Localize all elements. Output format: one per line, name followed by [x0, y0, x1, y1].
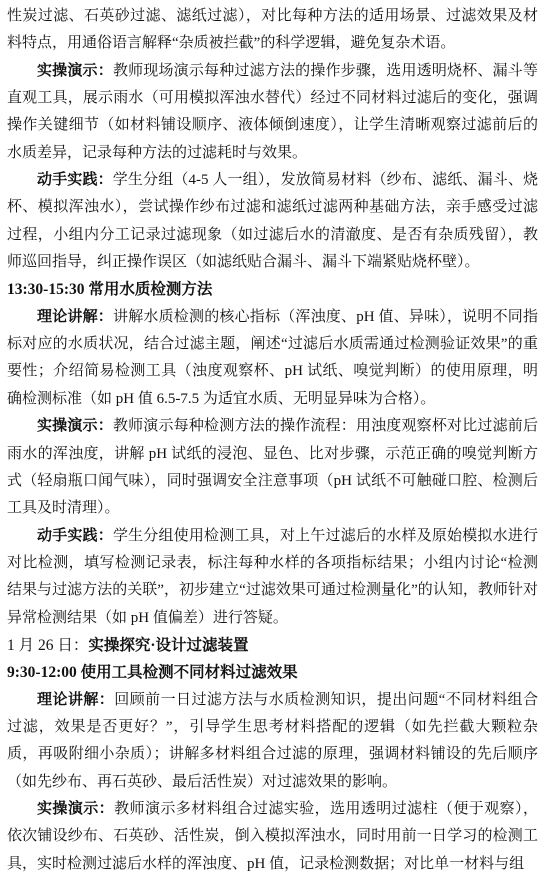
paragraph-demo-filtering: 实操演示：教师现场演示每种过滤方法的操作步骤，选用透明烧杯、漏斗等直观工具，展示… — [7, 58, 538, 167]
time-section-heading-material-testing: 9:30-12:00 使用工具检测不同材料过滤效果 — [7, 659, 538, 686]
date-heading-jan-26: 1 月 26 日：实操探究·设计过滤装置 — [7, 632, 538, 659]
lesson-plan-document: 性炭过滤、石英砂过滤、滤纸过滤），对比每种方法的适用场景、过滤效果及材料特点，用… — [0, 0, 545, 875]
paragraph-lead: 动手实践： — [37, 172, 113, 188]
paragraph-text: 性炭过滤、石英砂过滤、滤纸过滤），对比每种方法的适用场景、过滤效果及材料特点，用… — [7, 8, 538, 51]
paragraph-demo-combination: 实操演示：教师演示多材料组合过滤实验，选用透明过滤柱（便于观察），依次铺设纱布、… — [7, 796, 538, 875]
paragraph-lead: 实操演示： — [37, 418, 113, 434]
paragraph-demo-testing: 实操演示：教师演示每种检测方法的操作流程：用浊度观察杯对比过滤前后雨水的浑浊度，… — [7, 413, 538, 522]
paragraph-lead: 动手实践： — [37, 528, 113, 544]
paragraph-lead: 实操演示： — [37, 63, 113, 79]
paragraph-practice-testing: 动手实践：学生分组使用检测工具，对上午过滤后的水样及原始模拟水进行对比检测，填写… — [7, 523, 538, 632]
time-section-heading-water-testing: 13:30-15:30 常用水质检测方法 — [7, 276, 538, 303]
paragraph-theory-testing: 理论讲解：讲解水质检测的核心指标（浑浊度、pH 值、异味），说明不同指标对应的水… — [7, 304, 538, 413]
date-heading-title: 实操探究·设计过滤装置 — [88, 637, 248, 654]
paragraph-practice-filtering: 动手实践：学生分组（4-5 人一组），发放简易材料（纱布、滤纸、漏斗、烧杯、模拟… — [7, 167, 538, 276]
paragraph-theory-combination: 理论讲解：回顾前一日过滤方法与水质检测知识，提出问题“不同材料组合过滤，效果是否… — [7, 687, 538, 796]
paragraph-lead: 实操演示： — [37, 801, 114, 817]
date-heading-prefix: 1 月 26 日： — [7, 637, 88, 654]
paragraph-lead: 理论讲解： — [37, 692, 114, 708]
paragraph-lead: 理论讲解： — [37, 309, 113, 325]
paragraph-continuation: 性炭过滤、石英砂过滤、滤纸过滤），对比每种方法的适用场景、过滤效果及材料特点，用… — [7, 3, 538, 58]
